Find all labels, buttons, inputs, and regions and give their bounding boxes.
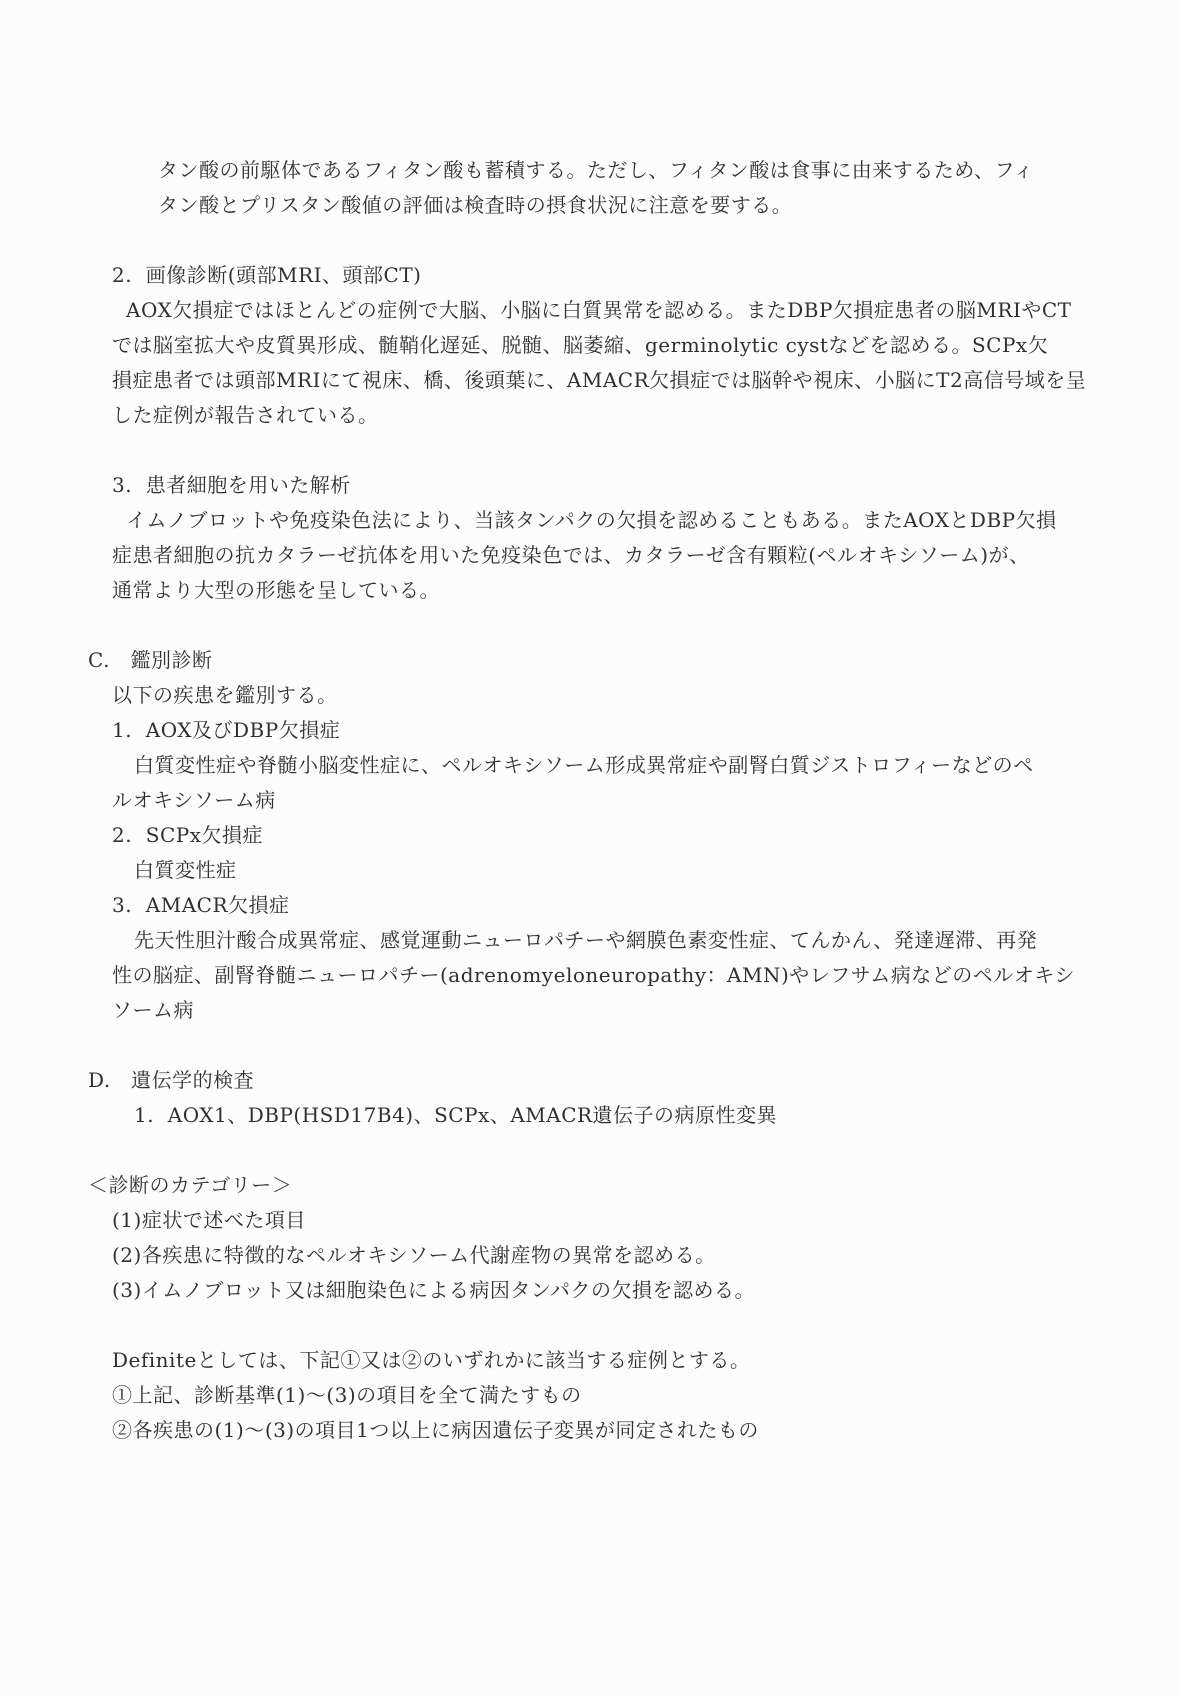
blank-line <box>0 1028 1181 1063</box>
blank-line <box>0 433 1181 468</box>
section-heading-line: C. 鑑別診断 <box>0 643 1181 678</box>
continuation-line: タン酸の前駆体であるフィタン酸も蓄積する。ただし、フィタン酸は食事に由来するため… <box>0 153 1181 188</box>
text-line: 症患者細胞の抗カタラーゼ抗体を用いた免疫染色では、カタラーゼ含有顆粒(ペルオキシ… <box>0 538 1181 573</box>
text-line: 以下の疾患を鑑別する。 <box>0 678 1181 713</box>
blank-line <box>0 1133 1181 1168</box>
text-line: 2. 画像診断(頭部MRI、頭部CT) <box>0 258 1181 293</box>
blank-line <box>0 608 1181 643</box>
paragraph-first-line: 先天性胆汁酸合成異常症、感覚運動ニューロパチーや網膜色素変性症、てんかん、発達遅… <box>0 923 1181 958</box>
paragraph-first-line: 白質変性症や脊髄小脳変性症に、ペルオキシソーム形成異常症や副腎白質ジストロフィー… <box>0 748 1181 783</box>
text-line: ①上記、診断基準(1)～(3)の項目を全て満たすもの <box>0 1378 1181 1413</box>
text-line: (3)イムノブロット又は細胞染色による病因タンパクの欠損を認める。 <box>0 1273 1181 1308</box>
text-line: ルオキシソーム病 <box>0 783 1181 818</box>
text-line: 2. SCPx欠損症 <box>0 818 1181 853</box>
continuation-line: タン酸とプリスタン酸値の評価は検査時の摂食状況に注意を要する。 <box>0 188 1181 223</box>
paragraph-first-line: 1. AOX1、DBP(HSD17B4)、SCPx、AMACR遺伝子の病原性変異 <box>0 1098 1181 1133</box>
text-line: Definiteとしては、下記①又は②のいずれかに該当する症例とする。 <box>0 1343 1181 1378</box>
text-line: (1)症状で述べた項目 <box>0 1203 1181 1238</box>
text-line: 3. 患者細胞を用いた解析 <box>0 468 1181 503</box>
blank-line <box>0 223 1181 258</box>
text-line: 通常より大型の形態を呈している。 <box>0 573 1181 608</box>
text-line: ソーム病 <box>0 993 1181 1028</box>
section-heading-line: ＜診断のカテゴリー＞ <box>0 1168 1181 1203</box>
text-line: 1. AOX及びDBP欠損症 <box>0 713 1181 748</box>
blank-line <box>0 1308 1181 1343</box>
text-line: 性の脳症、副腎脊髄ニューロパチー(adrenomyeloneuropathy：A… <box>0 958 1181 993</box>
document-body: タン酸の前駆体であるフィタン酸も蓄積する。ただし、フィタン酸は食事に由来するため… <box>0 0 1181 1448</box>
text-line: では脳室拡大や皮質異形成、髄鞘化遅延、脱髄、脳萎縮、germinolytic c… <box>0 328 1181 363</box>
text-line: した症例が報告されている。 <box>0 398 1181 433</box>
paragraph-first-line: AOX欠損症ではほとんどの症例で大脳、小脳に白質異常を認める。またDBP欠損症患… <box>0 293 1181 328</box>
document-page: タン酸の前駆体であるフィタン酸も蓄積する。ただし、フィタン酸は食事に由来するため… <box>0 0 1181 1695</box>
section-heading-line: D. 遺伝学的検査 <box>0 1063 1181 1098</box>
text-line: 3. AMACR欠損症 <box>0 888 1181 923</box>
text-line: (2)各疾患に特徴的なペルオキシソーム代謝産物の異常を認める。 <box>0 1238 1181 1273</box>
paragraph-first-line: イムノブロットや免疫染色法により、当該タンパクの欠損を認めることもある。またAO… <box>0 503 1181 538</box>
paragraph-first-line: 白質変性症 <box>0 853 1181 888</box>
text-line: 損症患者では頭部MRIにて視床、橋、後頭葉に、AMACR欠損症では脳幹や視床、小… <box>0 363 1181 398</box>
text-line: ②各疾患の(1)～(3)の項目1つ以上に病因遺伝子変異が同定されたもの <box>0 1413 1181 1448</box>
